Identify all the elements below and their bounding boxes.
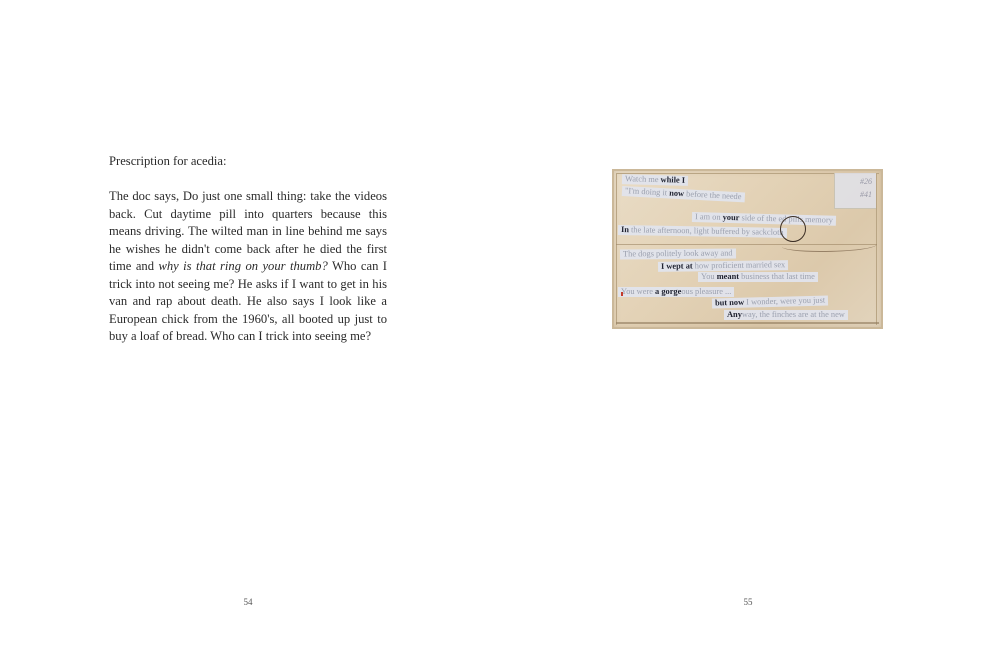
collage-strip: "I'm doing it now before the neede: [622, 186, 745, 202]
red-ink-mark: [621, 292, 623, 296]
page-number-right: 55: [728, 597, 768, 607]
poem-title: Prescription for acedia:: [109, 153, 227, 170]
right-page: #26 #41 Watch me while I "I'm doing it n…: [498, 0, 996, 663]
corner-note-line: #41: [835, 188, 872, 201]
collage-strip: I am on your side of the ed pills memory: [692, 212, 836, 226]
frame-line: [876, 173, 877, 325]
corner-note: #26 #41: [834, 173, 876, 209]
poem-italic-phrase: why is that ring on your thumb?: [158, 259, 327, 273]
collage-image: #26 #41 Watch me while I "I'm doing it n…: [612, 169, 883, 329]
left-page: Prescription for acedia: The doc says, D…: [0, 0, 498, 663]
frame-line: [616, 173, 617, 325]
collage-strip: Watch me while I: [622, 174, 688, 186]
ink-arc-mark: [782, 239, 877, 252]
collage-strip: In the late afternoon, light buffered by…: [618, 225, 787, 238]
corner-note-line: #26: [835, 175, 872, 188]
frame-line: [616, 322, 879, 324]
collage-strip: The dogs politely look away and: [620, 248, 736, 259]
collage-strip: Anyway, the finches are at the new: [724, 310, 848, 320]
collage-strip: You were a gorgeous pleasure ...: [618, 287, 734, 297]
collage-strip: I wept at how proficient married sex: [658, 260, 788, 272]
page-number-left: 54: [228, 597, 268, 607]
poem-body: The doc says, Do just one small thing: t…: [109, 188, 387, 346]
collage-strip: but now I wonder, were you just: [712, 295, 828, 308]
collage-strip: You meant business that last time: [698, 272, 818, 282]
